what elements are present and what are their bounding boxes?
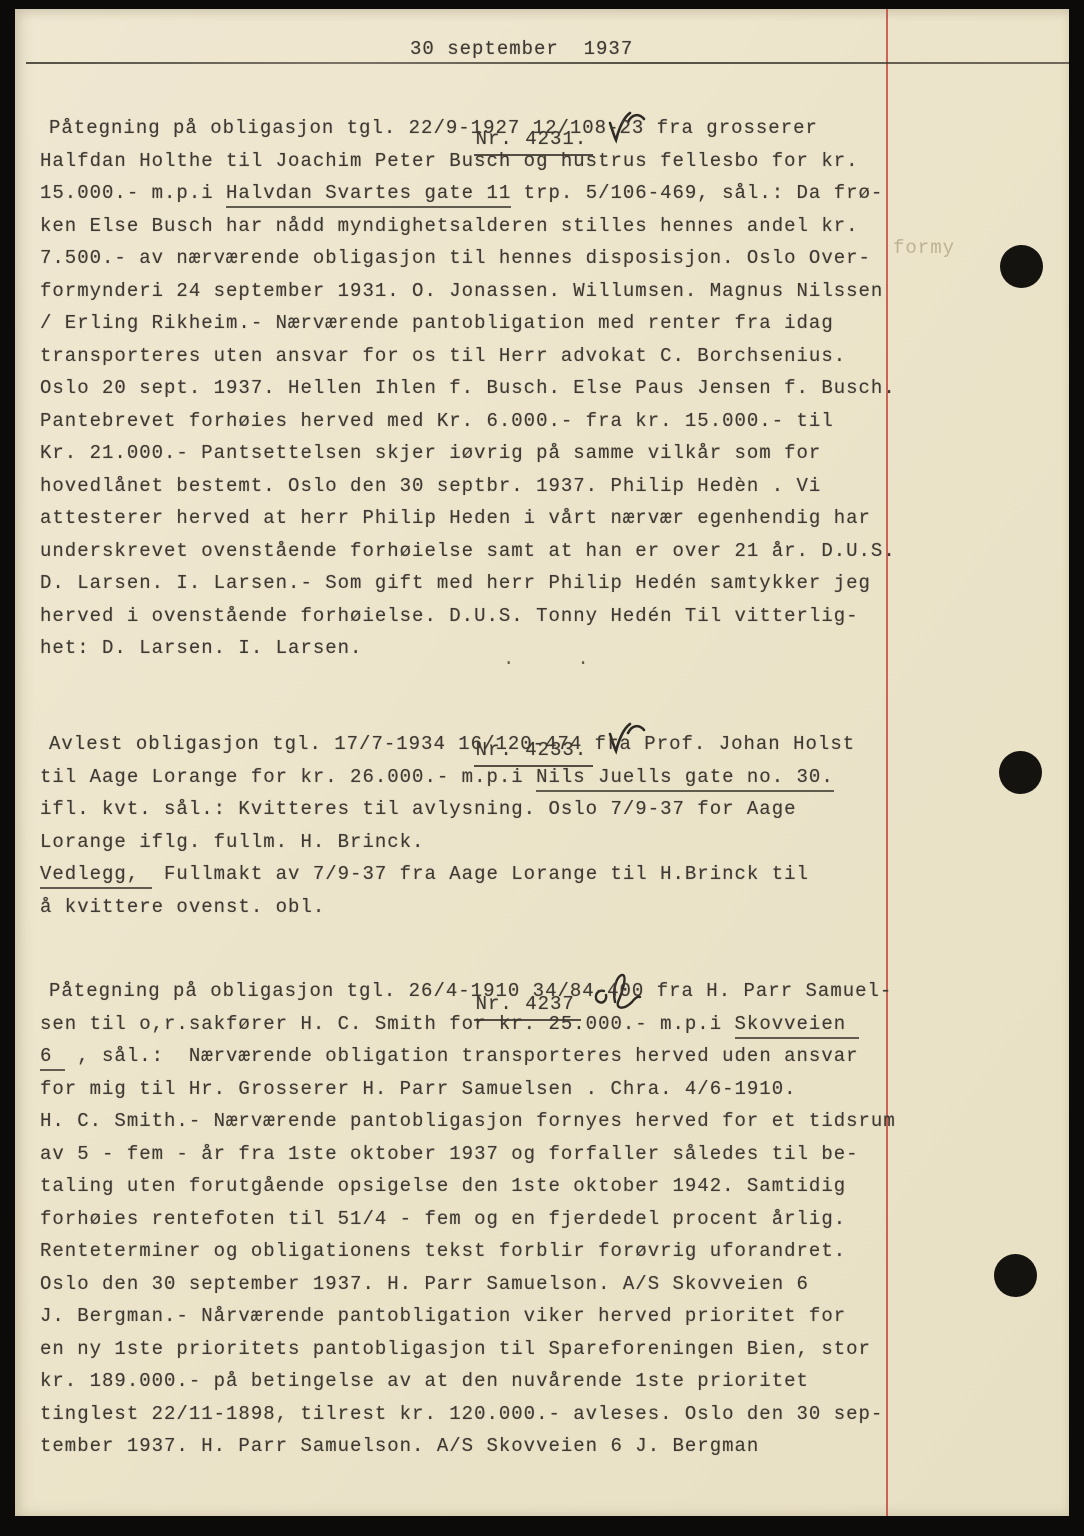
entry-text: Påtegning på obligasjon tgl. 22/9-1927 1… (40, 112, 896, 665)
text-line: for mig til Hr. Grosserer H. Parr Samuel… (40, 1073, 896, 1106)
text-segment: tinglest 22/11-1898, tilrest kr. 120.000… (40, 1403, 883, 1425)
text-segment: av 5 - fem - år fra 1ste oktober 1937 og… (40, 1143, 859, 1165)
text-segment: J. Bergman.- Nårværende pantobligation v… (40, 1305, 846, 1327)
date-underline-rule (26, 62, 1072, 64)
text-line: 7.500.- av nærværende obligasjon til hen… (40, 242, 896, 275)
text-segment: kr. 189.000.- på betingelse av at den nu… (40, 1370, 809, 1392)
text-line: Påtegning på obligasjon tgl. 26/4-1910 3… (40, 975, 896, 1008)
text-line: ken Else Busch har nådd myndighetsaldere… (40, 210, 896, 243)
text-line: ifl. kvt. sål.: Kvitteres til avlysning.… (40, 793, 855, 826)
text-line: underskrevet ovenstående forhøielse samt… (40, 535, 896, 568)
text-line: forhøies rentefoten til 51/4 - fem og en… (40, 1203, 896, 1236)
text-segment: hovedlånet bestemt. Oslo den 30 septbr. … (40, 475, 821, 497)
text-line: tinglest 22/11-1898, tilrest kr. 120.000… (40, 1398, 896, 1431)
text-segment: sen til o,r.sakfører H. C. Smith for kr.… (40, 1013, 735, 1035)
text-segment: Halfdan Holthe til Joachim Peter Busch o… (40, 150, 859, 172)
text-segment: transporteres uten ansvar for os til Her… (40, 345, 846, 367)
scan-edge-right (1069, 0, 1084, 1536)
text-line: herved i ovenstående forhøielse. D.U.S. … (40, 600, 896, 633)
text-segment: het: D. Larsen. I. Larsen. (40, 637, 362, 659)
text-segment: Avlest obligasjon tgl. 17/7-1934 16/120-… (49, 733, 855, 755)
text-segment: ifl. kvt. sål.: Kvitteres til avlysning.… (40, 798, 797, 820)
text-line: en ny 1ste prioritets pantobligasjon til… (40, 1333, 896, 1366)
text-line: D. Larsen. I. Larsen.- Som gift med herr… (40, 567, 896, 600)
text-line: 15.000.- m.p.i Halvdan Svartes gate 11 t… (40, 177, 896, 210)
text-segment: Fullmakt av 7/9-37 fra Aage Lorange til … (152, 863, 809, 885)
text-line: Renteterminer og obligationens tekst for… (40, 1235, 896, 1268)
underlined-text: Halvdan Svartes gate 11 (226, 182, 511, 208)
text-line: Avlest obligasjon tgl. 17/7-1934 16/120-… (40, 728, 855, 761)
text-segment: 15.000.- m.p.i (40, 182, 226, 204)
text-line: tember 1937. H. Parr Samuelson. A/S Skov… (40, 1430, 896, 1463)
text-segment: å kvittere ovenst. obl. (40, 896, 325, 918)
text-line: transporteres uten ansvar for os til Her… (40, 340, 896, 373)
punch-hole (1000, 245, 1043, 288)
text-line: formynderi 24 september 1931. O. Jonasse… (40, 275, 896, 308)
text-segment: Pantebrevet forhøies herved med Kr. 6.00… (40, 410, 834, 432)
text-segment: Oslo 20 sept. 1937. Hellen Ihlen f. Busc… (40, 377, 896, 399)
text-segment: til Aage Lorange for kr. 26.000.- m.p.i (40, 766, 536, 788)
text-line: Vedlegg, Fullmakt av 7/9-37 fra Aage Lor… (40, 858, 855, 891)
text-segment: Renteterminer og obligationens tekst for… (40, 1240, 846, 1262)
scan-edge-left (0, 0, 15, 1536)
text-line: attesterer herved at herr Philip Heden i… (40, 502, 896, 535)
text-line: taling uten forutgående opsigelse den 1s… (40, 1170, 896, 1203)
underlined-text: Vedlegg, (40, 863, 152, 889)
punch-hole (999, 751, 1042, 794)
text-line: Oslo 20 sept. 1937. Hellen Ihlen f. Busc… (40, 372, 896, 405)
text-segment: tember 1937. H. Parr Samuelson. A/S Skov… (40, 1435, 759, 1457)
text-line: Påtegning på obligasjon tgl. 22/9-1927 1… (40, 112, 896, 145)
text-line: Pantebrevet forhøies herved med Kr. 6.00… (40, 405, 896, 438)
punch-hole (994, 1254, 1037, 1297)
text-segment: underskrevet ovenstående forhøielse samt… (40, 540, 896, 562)
text-line: / Erling Rikheim.- Nærværende pantobliga… (40, 307, 896, 340)
text-segment: formynderi 24 september 1931. O. Jonasse… (40, 280, 883, 302)
text-segment: trp. 5/106-469, sål.: Da frø- (511, 182, 883, 204)
text-segment: herved i ovenstående forhøielse. D.U.S. … (40, 605, 859, 627)
entry-text: Avlest obligasjon tgl. 17/7-1934 16/120-… (40, 728, 855, 923)
text-line: J. Bergman.- Nårværende pantobligation v… (40, 1300, 896, 1333)
underlined-text: 6 (40, 1045, 65, 1071)
text-segment: en ny 1ste prioritets pantobligasjon til… (40, 1338, 871, 1360)
text-segment: H. C. Smith.- Nærværende pantobligasjon … (40, 1110, 896, 1132)
text-line: å kvittere ovenst. obl. (40, 891, 855, 924)
text-line: kr. 189.000.- på betingelse av at den nu… (40, 1365, 896, 1398)
text-segment: / Erling Rikheim.- Nærværende pantobliga… (40, 312, 834, 334)
text-line: av 5 - fem - år fra 1ste oktober 1937 og… (40, 1138, 896, 1171)
text-segment: taling uten forutgående opsigelse den 1s… (40, 1175, 846, 1197)
text-line: Lorange iflg. fullm. H. Brinck. (40, 826, 855, 859)
text-segment: for mig til Hr. Grosserer H. Parr Samuel… (40, 1078, 797, 1100)
underlined-text: Nils Juells gate no. 30. (536, 766, 834, 792)
text-line: Halfdan Holthe til Joachim Peter Busch o… (40, 145, 896, 178)
bleed-through-text: formy (893, 237, 955, 259)
text-segment: , sål.: Nærværende obligation transporte… (65, 1045, 859, 1067)
entry-text: Påtegning på obligasjon tgl. 26/4-1910 3… (40, 975, 896, 1463)
text-line: sen til o,r.sakfører H. C. Smith for kr.… (40, 1008, 896, 1041)
text-line: het: D. Larsen. I. Larsen. (40, 632, 896, 665)
text-line: Oslo den 30 september 1937. H. Parr Samu… (40, 1268, 896, 1301)
underlined-text: Skovveien (735, 1013, 859, 1039)
date-header: 30 september 1937 (410, 38, 633, 60)
text-segment: Oslo den 30 september 1937. H. Parr Samu… (40, 1273, 809, 1295)
scan-edge-bottom (0, 1516, 1084, 1536)
text-segment: attesterer herved at herr Philip Heden i… (40, 507, 871, 529)
text-line: Kr. 21.000.- Pantsettelsen skjer iøvrig … (40, 437, 896, 470)
text-segment: Kr. 21.000.- Pantsettelsen skjer iøvrig … (40, 442, 821, 464)
text-segment: D. Larsen. I. Larsen.- Som gift med herr… (40, 572, 871, 594)
text-segment: ken Else Busch har nådd myndighetsaldere… (40, 215, 859, 237)
text-segment: Påtegning på obligasjon tgl. 26/4-1910 3… (49, 980, 892, 1002)
text-segment: 7.500.- av nærværende obligasjon til hen… (40, 247, 871, 269)
text-line: H. C. Smith.- Nærværende pantobligasjon … (40, 1105, 896, 1138)
text-line: til Aage Lorange for kr. 26.000.- m.p.i … (40, 761, 855, 794)
text-segment: Lorange iflg. fullm. H. Brinck. (40, 831, 424, 853)
text-line: hovedlånet bestemt. Oslo den 30 septbr. … (40, 470, 896, 503)
text-segment: Påtegning på obligasjon tgl. 22/9-1927 1… (49, 117, 818, 139)
scan-edge-top (0, 0, 1084, 9)
text-line: 6 , sål.: Nærværende obligation transpor… (40, 1040, 896, 1073)
text-segment: forhøies rentefoten til 51/4 - fem og en… (40, 1208, 846, 1230)
